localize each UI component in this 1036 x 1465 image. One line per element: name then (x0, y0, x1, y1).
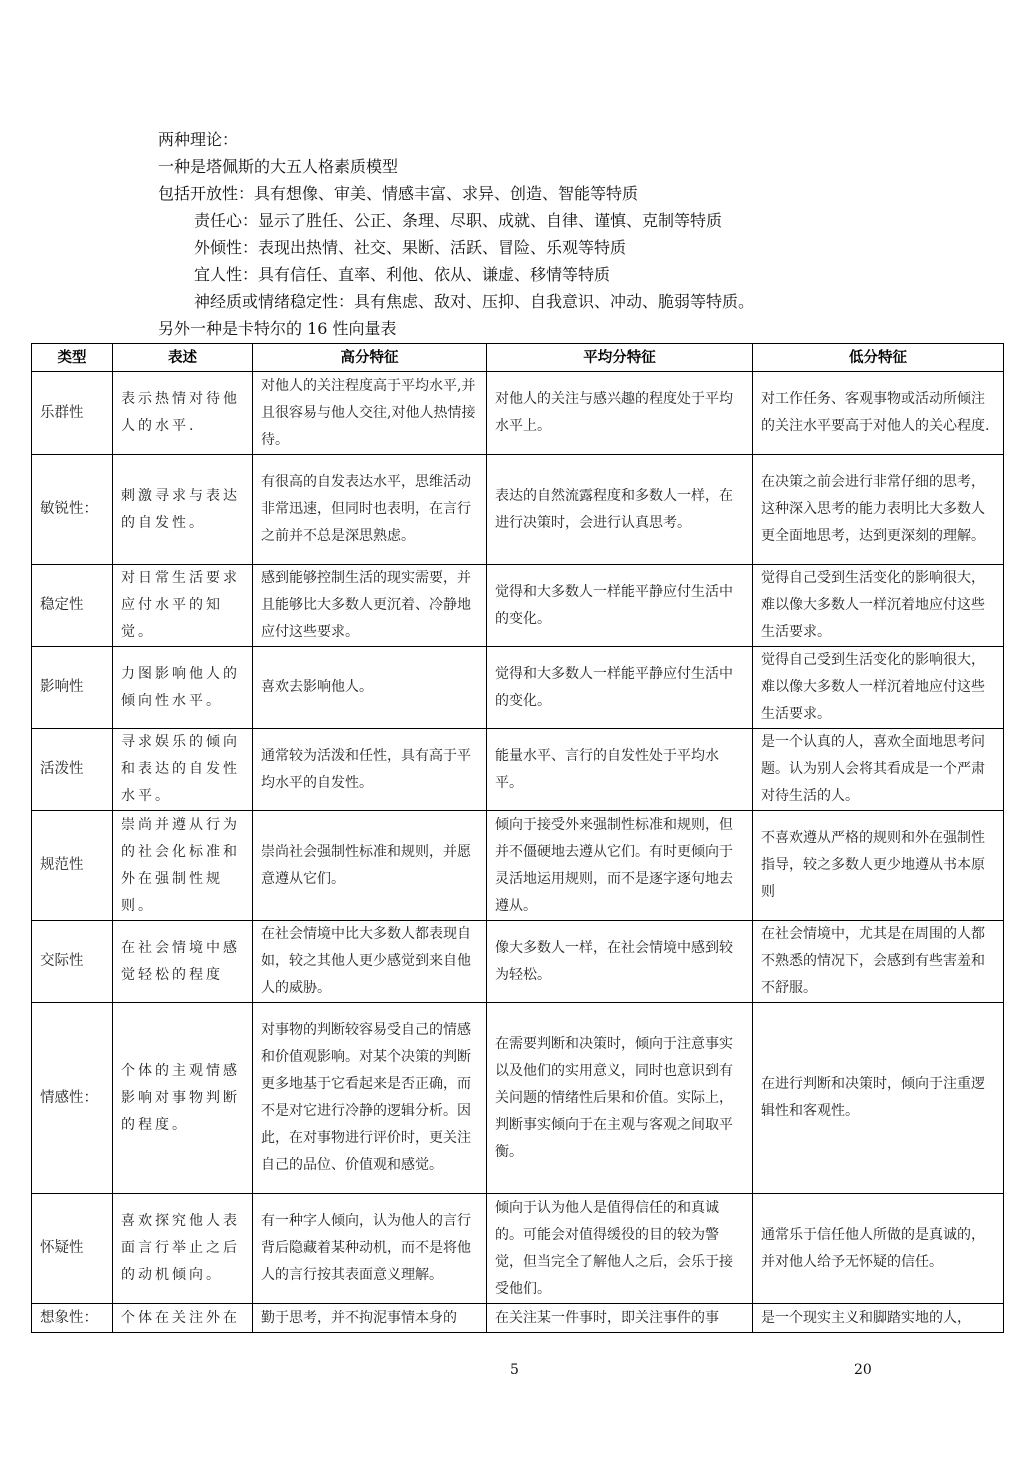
average-score-cell: 像大多数人一样，在社会情境中感到较为轻松。 (487, 921, 753, 1003)
table-row: 乐群性表示热情对待他人的水平.对他人的关注程度高于平均水平,并且很容易与他人交往… (32, 372, 1004, 455)
low-score-cell: 在决策之前会进行非常仔细的思考，这种深入思考的能力表明比大多数人更全面地思考，达… (753, 455, 1004, 565)
table-row: 影响性力图影响他人的倾向性水平。喜欢去影响他人。觉得和大多数人一样能平静应付生活… (32, 647, 1004, 729)
trait-type-cell: 交际性 (32, 921, 113, 1003)
low-score-cell: 对工作任务、客观事物或活动所倾注的关注水平要高于对他人的关心程度. (753, 372, 1004, 455)
trait-description-cell: 力图影响他人的倾向性水平。 (113, 647, 253, 729)
table-header-row: 类型 表述 高分特征 平均分特征 低分特征 (32, 344, 1004, 372)
intro-line: 一种是塔佩斯的大五人格素质模型 (158, 153, 754, 180)
average-score-cell: 倾向于接受外来强制性标准和规则，但并不僵硬地去遵从它们。有时更倾向于灵活地运用规… (487, 811, 753, 921)
trait-type-cell: 规范性 (32, 811, 113, 921)
trait-type-cell: 想象性： (32, 1304, 113, 1333)
average-score-cell: 在关注某一件事时，即关注事件的事 (487, 1304, 753, 1333)
low-score-cell: 不喜欢遵从严格的规则和外在强制性指导，较之多数人更少地遵从书本原则 (753, 811, 1004, 921)
average-score-cell: 表达的自然流露程度和多数人一样，在进行决策时，会进行认真思考。 (487, 455, 753, 565)
table-row: 敏锐性：刺激寻求与表达的自发性。有很高的自发表达水平，思维活动非常迅速，但同时也… (32, 455, 1004, 565)
trait-description-cell: 在社会情境中感觉轻松的程度 (113, 921, 253, 1003)
average-score-cell: 对他人的关注与感兴趣的程度处于平均水平上。 (487, 372, 753, 455)
high-score-cell: 在社会情境中比大多数人都表现自如，较之其他人更少感觉到来自他人的威胁。 (253, 921, 487, 1003)
trait-type-cell: 影响性 (32, 647, 113, 729)
table-row: 交际性在社会情境中感觉轻松的程度在社会情境中比大多数人都表现自如，较之其他人更少… (32, 921, 1004, 1003)
high-score-cell: 有一种字人倾向，认为他人的言行背后隐藏着某种动机，而不是将他人的言行按其表面意义… (253, 1194, 487, 1304)
total-pages: 20 (854, 1362, 872, 1378)
average-score-cell: 在需要判断和决策时，倾向于注意事实以及他们的实用意义，同时也意识到有关问题的情绪… (487, 1003, 753, 1194)
high-score-cell: 有很高的自发表达水平，思维活动非常迅速，但同时也表明，在言行之前并不总是深思熟虑… (253, 455, 487, 565)
trait-type-cell: 稳定性 (32, 565, 113, 647)
trait-type-cell: 活泼性 (32, 729, 113, 811)
header-high-score: 高分特征 (253, 344, 487, 372)
high-score-cell: 对他人的关注程度高于平均水平,并且很容易与他人交往,对他人热情接待。 (253, 372, 487, 455)
header-average-score: 平均分特征 (487, 344, 753, 372)
trait-description-cell: 刺激寻求与表达的自发性。 (113, 455, 253, 565)
personality-traits-table: 类型 表述 高分特征 平均分特征 低分特征 乐群性表示热情对待他人的水平.对他人… (31, 343, 1004, 1333)
trait-type-cell: 怀疑性 (32, 1194, 113, 1304)
intro-line: 包括开放性：具有想像、审美、情感丰富、求异、创造、智能等特质 (158, 180, 754, 207)
low-score-cell: 通常乐于信任他人所做的是真诚的，并对他人给予无怀疑的信任。 (753, 1194, 1004, 1304)
table-row: 稳定性对日常生活要求应付水平的知觉。感到能够控制生活的现实需要，并且能够比大多数… (32, 565, 1004, 647)
intro-line: 神经质或情绪稳定性：具有焦虑、敌对、压抑、自我意识、冲动、脆弱等特质。 (158, 288, 754, 315)
low-score-cell: 觉得自己受到生活变化的影响很大，难以像大多数人一样沉着地应付这些生活要求。 (753, 647, 1004, 729)
trait-type-cell: 乐群性 (32, 372, 113, 455)
trait-description-cell: 表示热情对待他人的水平. (113, 372, 253, 455)
average-score-cell: 倾向于认为他人是值得信任的和真诚的。可能会对值得缓役的目的较为警觉，但当完全了解… (487, 1194, 753, 1304)
intro-line: 另外一种是卡特尔的 16 性向量表 (158, 315, 754, 342)
header-low-score: 低分特征 (753, 344, 1004, 372)
table-row: 活泼性寻求娱乐的倾向和表达的自发性水平。通常较为活泼和任性，具有高于平均水平的自… (32, 729, 1004, 811)
high-score-cell: 感到能够控制生活的现实需要，并且能够比大多数人更沉着、冷静地应付这些要求。 (253, 565, 487, 647)
trait-description-cell: 喜欢探究他人表面言行举止之后的动机倾向。 (113, 1194, 253, 1304)
intro-line: 宜人性：具有信任、直率、利他、依从、谦虚、移情等特质 (158, 261, 754, 288)
table-row: 怀疑性喜欢探究他人表面言行举止之后的动机倾向。有一种字人倾向，认为他人的言行背后… (32, 1194, 1004, 1304)
low-score-cell: 觉得自己受到生活变化的影响很大，难以像大多数人一样沉着地应付这些生活要求。 (753, 565, 1004, 647)
intro-line: 责任心：显示了胜任、公正、条理、尽职、成就、自律、谨慎、克制等特质 (158, 207, 754, 234)
low-score-cell: 在社会情境中，尤其是在周围的人都不熟悉的情况下，会感到有些害羞和不舒服。 (753, 921, 1004, 1003)
trait-description-cell: 崇尚并遵从行为的社会化标准和外在强制性规则。 (113, 811, 253, 921)
page-number: 5 (510, 1362, 519, 1378)
trait-description-cell: 寻求娱乐的倾向和表达的自发性水平。 (113, 729, 253, 811)
table-row: 情感性：个体的主观情感影响对事物判断的程度。对事物的判断较容易受自己的情感和价值… (32, 1003, 1004, 1194)
intro-line: 外倾性：表现出热情、社交、果断、活跃、冒险、乐观等特质 (158, 234, 754, 261)
average-score-cell: 觉得和大多数人一样能平静应付生活中的变化。 (487, 565, 753, 647)
header-description: 表述 (113, 344, 253, 372)
table-row: 想象性：个体在关注外在勤于思考，并不拘泥事情本身的在关注某一件事时，即关注事件的… (32, 1304, 1004, 1333)
table-row: 规范性崇尚并遵从行为的社会化标准和外在强制性规则。崇尚社会强制性标准和规则，并愿… (32, 811, 1004, 921)
trait-description-cell: 个体在关注外在 (113, 1304, 253, 1333)
low-score-cell: 在进行判断和决策时，倾向于注重逻辑性和客观性。 (753, 1003, 1004, 1194)
intro-text: 两种理论： 一种是塔佩斯的大五人格素质模型 包括开放性：具有想像、审美、情感丰富… (158, 126, 754, 342)
trait-description-cell: 对日常生活要求应付水平的知觉。 (113, 565, 253, 647)
header-type: 类型 (32, 344, 113, 372)
high-score-cell: 勤于思考，并不拘泥事情本身的 (253, 1304, 487, 1333)
trait-description-cell: 个体的主观情感影响对事物判断的程度。 (113, 1003, 253, 1194)
intro-line: 两种理论： (158, 126, 754, 153)
high-score-cell: 通常较为活泼和任性，具有高于平均水平的自发性。 (253, 729, 487, 811)
high-score-cell: 崇尚社会强制性标准和规则，并愿意遵从它们。 (253, 811, 487, 921)
low-score-cell: 是一个现实主义和脚踏实地的人， (753, 1304, 1004, 1333)
trait-type-cell: 敏锐性： (32, 455, 113, 565)
high-score-cell: 对事物的判断较容易受自己的情感和价值观影响。对某个决策的判断更多地基于它看起来是… (253, 1003, 487, 1194)
average-score-cell: 能量水平、言行的自发性处于平均水平。 (487, 729, 753, 811)
low-score-cell: 是一个认真的人，喜欢全面地思考问题。认为别人会将其看成是一个严肃对待生活的人。 (753, 729, 1004, 811)
high-score-cell: 喜欢去影响他人。 (253, 647, 487, 729)
average-score-cell: 觉得和大多数人一样能平静应付生活中的变化。 (487, 647, 753, 729)
trait-type-cell: 情感性： (32, 1003, 113, 1194)
